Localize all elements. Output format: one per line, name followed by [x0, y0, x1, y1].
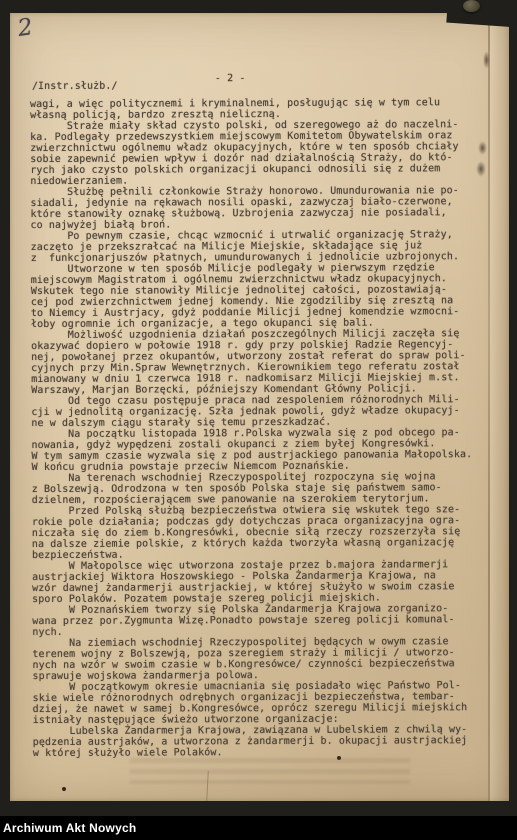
- typed-paragraph: wagi, a więc politycznemi i kryminalnemi…: [30, 97, 482, 121]
- typed-paragraph: Straże miały skład czysto polski, od sze…: [30, 119, 482, 187]
- page-content: /Instr.służb./ - 2 - wagi, a więc polity…: [10, 11, 512, 801]
- typed-paragraph: Przed Polską służbą bezpieczeństwa otwie…: [32, 504, 484, 561]
- ink-smudge: [478, 141, 487, 155]
- typed-paragraph: W początkowym okresie umacniania się pos…: [33, 680, 485, 726]
- typed-paragraph: Utworzone w ten sposób Milicje podlegały…: [31, 262, 483, 330]
- header-document-reference: /Instr.służb./: [32, 81, 118, 92]
- typed-paragraph: Możliwość uzgodnienia działań poszczegól…: [31, 328, 483, 396]
- archive-watermark: Archiwum Akt Nowych: [0, 821, 136, 835]
- ink-smudge: [476, 161, 486, 177]
- scan-background: 2 /Instr.służb./ - 2 - wagi, a więc poli…: [0, 0, 517, 840]
- page-header: /Instr.służb./ - 2 -: [32, 72, 472, 93]
- paper-fastener-icon: [463, 0, 480, 12]
- typed-paragraph: W Poznańskiem tworzy się Polska Żandarme…: [32, 603, 484, 638]
- typed-paragraph: W Małopolsce więc utworzona zostaje prze…: [32, 559, 484, 605]
- ink-ghosting: [130, 758, 410, 784]
- typed-paragraph: Po pewnym czasie, chcąc wzmocnić i utrwa…: [31, 229, 483, 264]
- archive-caption-bar: Archiwum Akt Nowych: [0, 816, 517, 840]
- typed-paragraph: Na początku listopada 1918 r.Polska wyzw…: [31, 427, 483, 473]
- ink-dot: [62, 787, 66, 791]
- typed-paragraph: Na ziemiach wschodniej Rzeczypospolitej …: [32, 636, 484, 682]
- typed-paragraph: Na terenach wschodniej Rzeczypospolitej …: [32, 471, 484, 506]
- header-page-number: - 2 -: [215, 73, 246, 84]
- page-edge-strip: [490, 13, 509, 801]
- document-page: 2 /Instr.służb./ - 2 - wagi, a więc poli…: [10, 13, 509, 801]
- typed-paragraph: Służbę pełnili członkowie Straży honorow…: [30, 185, 482, 231]
- typed-paragraph: Od tego czasu postępuje praca nad zespol…: [31, 394, 483, 429]
- typed-paragraph: Lubelska Żandarmerja Krajowa, zawiązana …: [33, 724, 485, 759]
- document-body: wagi, a więc politycznemi i kryminalnemi…: [30, 97, 485, 759]
- ink-smudge: [483, 51, 490, 69]
